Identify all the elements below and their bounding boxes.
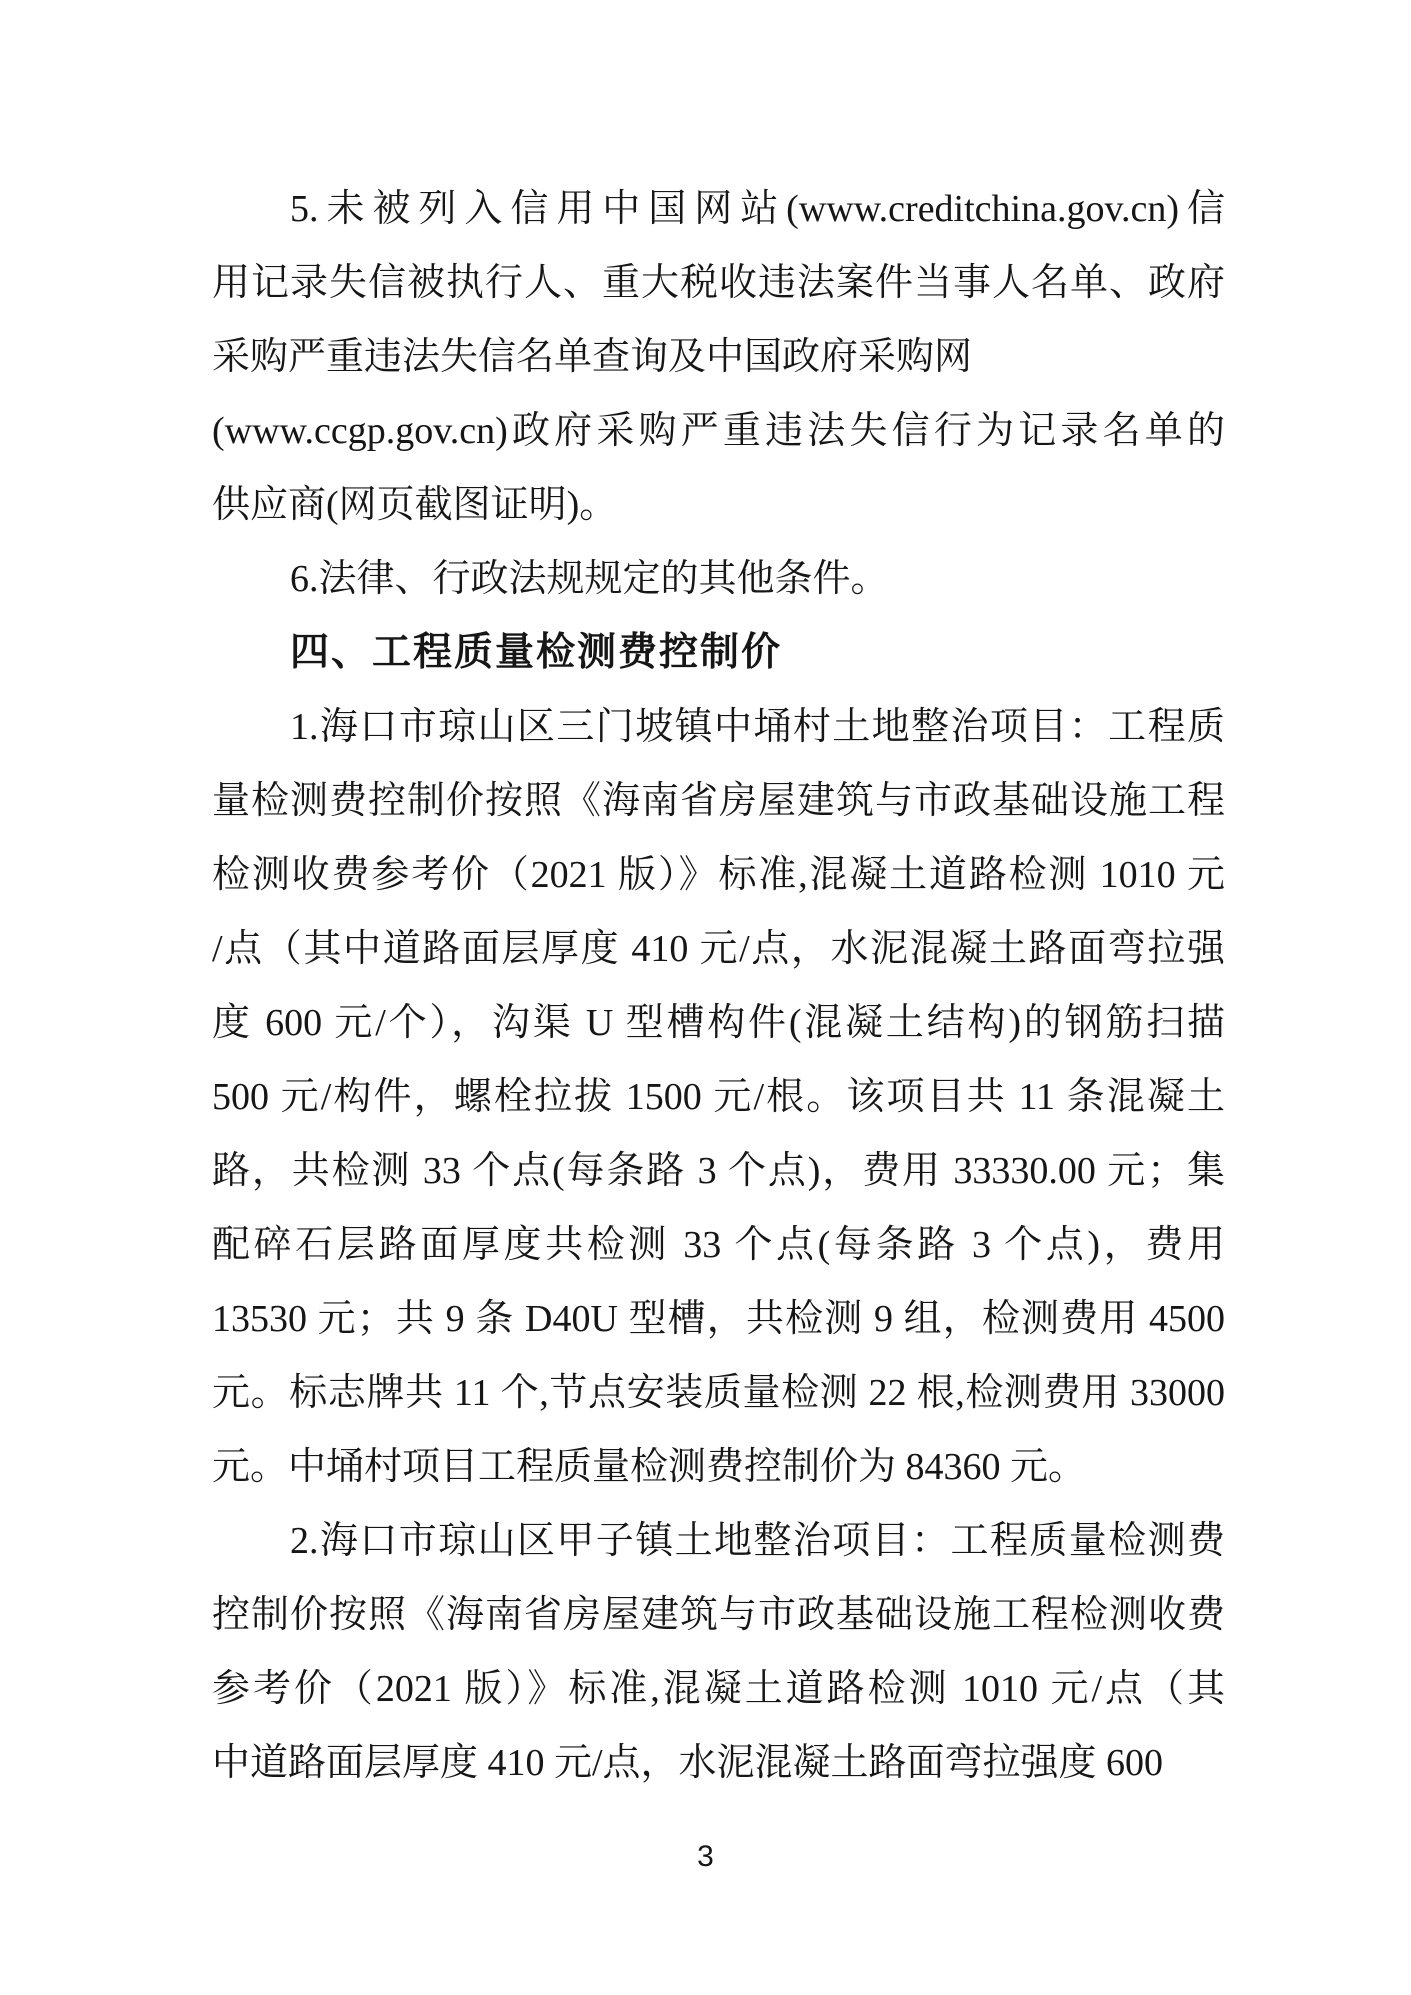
text-line: (www.ccgp.gov.cn)政府采购严重违法失信行为记录名单的 xyxy=(212,394,1225,468)
text-line: 2.海口市琼山区甲子镇土地整治项目：工程质量检测费 xyxy=(212,1504,1225,1578)
text-line: 13530 元；共 9 条 D40U 型槽，共检测 9 组，检测费用 4500 xyxy=(212,1282,1225,1356)
text-line: /点（其中道路面层厚度 410 元/点，水泥混凝土路面弯拉强 xyxy=(212,912,1225,986)
text-line: 路，共检测 33 个点(每条路 3 个点)，费用 33330.00 元；集 xyxy=(212,1134,1225,1208)
text-line: 供应商(网页截图证明)。 xyxy=(212,468,1225,542)
text-line: 5.未被列入信用中国网站(www.creditchina.gov.cn)信 xyxy=(212,172,1225,246)
text-line: 1.海口市琼山区三门坡镇中埇村土地整治项目：工程质 xyxy=(212,690,1225,764)
text-line: 四、工程质量检测费控制价 xyxy=(212,616,1225,690)
document-page: 5.未被列入信用中国网站(www.creditchina.gov.cn)信用记录… xyxy=(0,0,1411,1995)
text-line: 6.法律、行政法规规定的其他条件。 xyxy=(212,542,1225,616)
text-line: 检测收费参考价（2021 版）》标准,混凝土道路检测 1010 元 xyxy=(212,838,1225,912)
text-line: 元。标志牌共 11 个,节点安装质量检测 22 根,检测费用 33000 xyxy=(212,1356,1225,1430)
text-line: 控制价按照《海南省房屋建筑与市政基础设施工程检测收费 xyxy=(212,1578,1225,1652)
text-line: 量检测费控制价按照《海南省房屋建筑与市政基础设施工程 xyxy=(212,764,1225,838)
text-line: 用记录失信被执行人、重大税收违法案件当事人名单、政府 xyxy=(212,246,1225,320)
page-number: 3 xyxy=(0,1840,1411,1874)
text-line: 采购严重违法失信名单查询及中国政府采购网 xyxy=(212,320,1225,394)
text-line: 500 元/构件，螺栓拉拔 1500 元/根。该项目共 11 条混凝土 xyxy=(212,1060,1225,1134)
text-line: 元。中埇村项目工程质量检测费控制价为 84360 元。 xyxy=(212,1430,1225,1504)
text-line: 度 600 元/个），沟渠 U 型槽构件(混凝土结构)的钢筋扫描 xyxy=(212,986,1225,1060)
text-line: 中道路面层厚度 410 元/点，水泥混凝土路面弯拉强度 600 xyxy=(212,1726,1225,1800)
text-line: 配碎石层路面厚度共检测 33 个点(每条路 3 个点)，费用 xyxy=(212,1208,1225,1282)
document-body-text: 5.未被列入信用中国网站(www.creditchina.gov.cn)信用记录… xyxy=(212,172,1225,1800)
text-line: 参考价（2021 版）》标准,混凝土道路检测 1010 元/点（其 xyxy=(212,1652,1225,1726)
